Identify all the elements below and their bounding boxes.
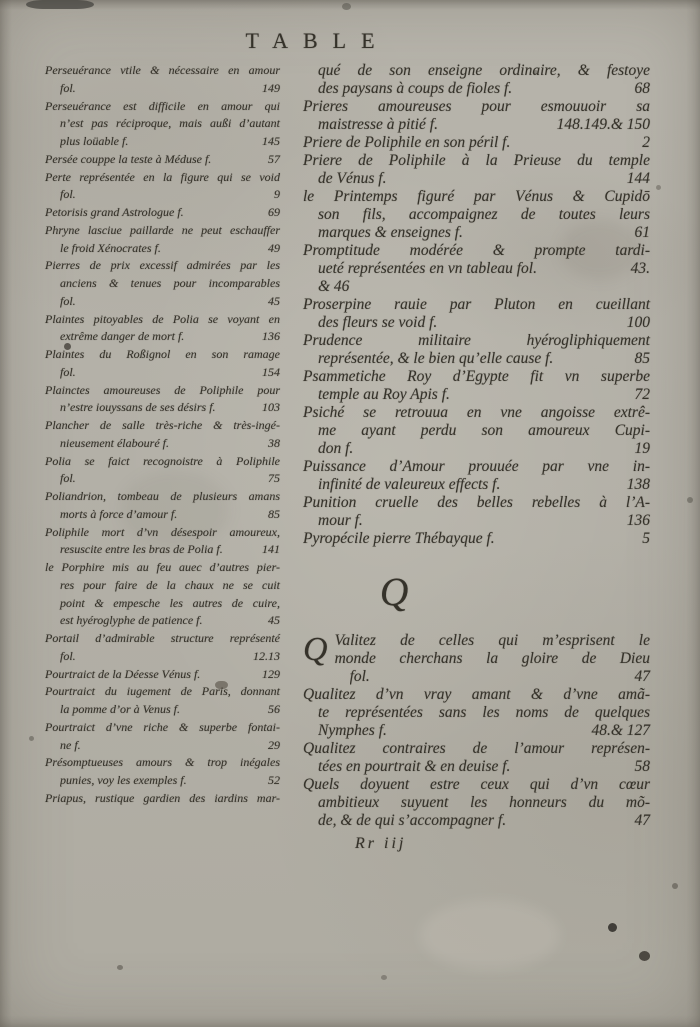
entry-text: mour f. [318,512,363,530]
toc-line: ne f.29 [45,737,280,755]
toc-line: Persée couppe la teste à Méduse f.57 [45,151,280,169]
entry-text: Priere de Poliphile à la Prieuse du temp… [303,152,650,169]
toc-line: Plancher de salle très-riche & très-ingé… [45,417,280,435]
entry-text: tées en pourtrait & en deuise f. [318,758,510,776]
entry-text: ne f. [60,737,81,755]
toc-line: Promptitude modérée & prompte tardi- [303,242,650,260]
toc-line: qué de son enseigne ordinaire, & festoye [303,62,650,80]
toc-line: Polia se faict recognoistre à Poliphile [45,453,280,471]
entry-text: qué de son enseigne ordinaire, & festoye [318,62,650,79]
entry-text: Portail d’admirable structure représenté [45,631,280,645]
toc-line: fol.12.13 [45,648,280,666]
entry-text: le froid Xénocrates f. [60,240,161,258]
toc-line: morts à force d’amour f.85 [45,506,280,524]
toc-section-q-entries: QValitez de celles qui m’esprisent lemon… [303,632,650,830]
toc-line: Pierres de prix excessif admirées par le… [45,257,280,275]
folio-number: 29 [262,737,280,755]
toc-entry: qué de son enseigne ordinaire, & festoye… [303,62,650,98]
entry-text: des paysans à coups de fioles f. [318,80,512,98]
entry-text: Proserpine rauie par Pluton en cueillant [303,296,650,313]
signature-mark: Rr iij [355,835,650,853]
entry-text: Prudence militaire hyérogliphiquement [303,332,650,349]
toc-line: de, & de qui s’accompagner f.47 [303,812,650,830]
ink-stain [342,3,351,10]
toc-line: punies, voy les exemples f.52 [45,772,280,790]
entry-text: temple au Roy Apis f. [318,386,450,404]
toc-line: Prieres amoureuses pour esmouuoir sa [303,98,650,116]
entry-text: Pyropécile pierre Thébayque f. [303,530,495,548]
entry-text: point & empesche les autres de cuire, [60,596,280,610]
entry-text: son fils, accompaignez de toutes leurs [318,206,650,223]
toc-entry: Pourtraict du iugement de Paris, donnant… [45,683,280,719]
toc-entry: Pourtraict de la Déesse Vénus f.129 [45,666,280,684]
toc-line: Psammetiche Roy d’Egypte fit vn superbe [303,368,650,386]
entry-text: Qualitez contraires de l’amour représen- [303,740,650,757]
toc-entry: Plaintes du Roßignol en son ramagefol.15… [45,346,280,382]
entry-text: res pour faire de la chaux ne se cuit [60,578,280,592]
entry-text: fol. [60,80,76,98]
folio-number: 138 [621,476,650,494]
toc-line: Nymphes f.48.& 127 [303,722,650,740]
toc-entry: le Porphire mis au feu auec d’autres pie… [45,559,280,630]
toc-line: Pyropécile pierre Thébayque f.5 [303,530,650,548]
ink-stain [117,965,123,970]
folio-number: 58 [629,758,651,776]
folio-number: 45 [262,293,280,311]
entry-text: Pourtraict du iugement de Paris, donnant [45,684,280,698]
folio-number: 144 [621,170,650,188]
entry-text: Perte représentée en la figure qui se vo… [45,170,280,184]
entry-text: Plaintes du Roßignol en son ramage [45,347,280,361]
toc-line: Puissance d’Amour prouuée par vne in- [303,458,650,476]
toc-entry: Pourtraict d’vne riche & superbe fontai-… [45,719,280,755]
toc-line: Priapus, rustique gardien des iardins ma… [45,790,280,808]
toc-entry: Psammetiche Roy d’Egypte fit vn superbet… [303,368,650,404]
entry-text: Polia se faict recognoistre à Poliphile [45,454,280,468]
entry-text: & 46 [318,278,349,295]
entry-text: fol. [60,470,76,488]
toc-line: marques & enseignes f.61 [303,224,650,242]
toc-entry: Qualitez d’vn vray amant & d’vne amã-te … [303,686,650,740]
toc-line: point & empesche les autres de cuire, [45,595,280,613]
toc-line: est hyéroglyphe de patience f.45 [45,612,280,630]
entry-text: me ayant perdu son amoureux Cupi- [318,422,650,439]
toc-entry: Pyropécile pierre Thébayque f.5 [303,530,650,548]
toc-line: resuscite entre les bras de Polia f.141 [45,541,280,559]
entry-text: des fleurs se void f. [318,314,437,332]
toc-line: Psiché se retrouua en vne angoisse extrê… [303,404,650,422]
toc-entry: Prieres amoureuses pour esmouuoir samais… [303,98,650,134]
entry-text: Psammetiche Roy d’Egypte fit vn superbe [303,368,650,385]
toc-line: Valitez de celles qui m’esprisent le [303,632,650,650]
toc-right-entries: qué de son enseigne ordinaire, & festoye… [303,62,650,548]
entry-text: de, & de qui s’accompagner f. [318,812,506,830]
folio-number: 47 [629,668,651,686]
entry-text: punies, voy les exemples f. [60,772,187,790]
toc-line: son fils, accompaignez de toutes leurs [303,206,650,224]
toc-column-right: qué de son enseigne ordinaire, & festoye… [303,62,650,853]
entry-text: anciens & tenues pour incomparables [60,276,280,290]
entry-text: Perseuérance vtile & nécessaire en amour [45,63,280,77]
entry-text: Perseuérance est difficile en amour qui [45,99,280,113]
toc-line: Présomptueuses amours & trop inégales [45,754,280,772]
toc-line: Quels doyuent estre ceux qui d’vn cœur [303,776,650,794]
folio-number: 85 [262,506,280,524]
entry-text: est hyéroglyphe de patience f. [60,612,203,630]
entry-text: le Porphire mis au feu auec d’autres pie… [45,560,280,574]
folio-number: 100 [621,314,650,332]
section-letter-q: Q [301,568,441,619]
entry-text: Phryne lasciue paillarde ne peut eschauf… [45,223,280,237]
folio-number: 75 [262,470,280,488]
folio-number: 38 [262,435,280,453]
toc-entry: Présomptueuses amours & trop inégalespun… [45,754,280,790]
entry-text: n’estre iouyssans de ses désirs f. [60,399,216,417]
toc-entry: le Printemps figuré par Vénus & Cupidōso… [303,188,650,242]
book-page: TABLE Perseuérance vtile & nécessaire en… [0,0,700,1027]
toc-line: des fleurs se void f.100 [303,314,650,332]
toc-line: représentée, & le bien qu’elle cause f.8… [303,350,650,368]
toc-line: Prudence militaire hyérogliphiquement [303,332,650,350]
toc-line: Plaintes pitoyables de Polia se voyant e… [45,311,280,329]
ink-stain [381,975,387,980]
folio-number: 69 [262,204,280,222]
ink-stain [687,497,693,503]
folio-number: 52 [262,772,280,790]
entry-text: Promptitude modérée & prompte tardi- [303,242,650,259]
folio-number: 43. [625,260,650,278]
folio-number: 103 [256,399,280,417]
toc-entry: Plancher de salle très-riche & très-ingé… [45,417,280,453]
toc-line: Plaintes du Roßignol en son ramage [45,346,280,364]
toc-line: le froid Xénocrates f.49 [45,240,280,258]
entry-text: Pourtraict de la Déesse Vénus f. [45,666,200,684]
folio-number: 47 [629,812,651,830]
toc-line: infinité de valeureux effects f.138 [303,476,650,494]
toc-line: temple au Roy Apis f.72 [303,386,650,404]
toc-line: ambitieux suyuent les honneurs du mõ- [303,794,650,812]
entry-text: Pierres de prix excessif admirées par le… [45,258,280,272]
toc-line: monde cherchans la gloire de Dieu [303,650,650,668]
folio-number: 129 [256,666,280,684]
toc-entry: Phryne lasciue paillarde ne peut eschauf… [45,222,280,258]
entry-text: fol. [350,668,370,686]
entry-text: n’est pas réciproque, mais außi d’autant [60,116,280,130]
toc-entry: Pierres de prix excessif admirées par le… [45,257,280,310]
toc-line: Pourtraict du iugement de Paris, donnant [45,683,280,701]
entry-text: maistresse à pitié f. [318,116,438,134]
entry-text: resuscite entre les bras de Polia f. [60,541,223,559]
toc-entry: Polia se faict recognoistre à Poliphilef… [45,453,280,489]
toc-entry: Puissance d’Amour prouuée par vne in-inf… [303,458,650,494]
entry-text: fol. [60,186,76,204]
toc-line: le Printemps figuré par Vénus & Cupidō [303,188,650,206]
paper-blotch [420,900,560,970]
toc-line: fol.75 [45,470,280,488]
folio-number: 49 [262,240,280,258]
folio-number: 2 [636,134,650,152]
folio-number: 12.13 [247,648,280,666]
toc-line: Qualitez d’vn vray amant & d’vne amã- [303,686,650,704]
toc-entry: Priere de Poliphile à la Prieuse du temp… [303,152,650,188]
entry-text: représentée, & le bien qu’elle cause f. [318,350,553,368]
entry-text: Nymphes f. [318,722,387,740]
entry-text: fol. [60,364,76,382]
toc-entry: Qualitez contraires de l’amour représen-… [303,740,650,776]
toc-line: Perte représentée en la figure qui se vo… [45,169,280,187]
entry-text: Poliphile mort d’vn désespoir amoureux, [45,525,280,539]
entry-text: morts à force d’amour f. [60,506,177,524]
toc-line: fol.9 [45,186,280,204]
toc-entry: Plainctes amoureuses de Poliphile pourn’… [45,382,280,418]
toc-entry: Quels doyuent estre ceux qui d’vn cœuram… [303,776,650,830]
entry-text: la pomme d’or à Venus f. [60,701,180,719]
folio-number: 57 [262,151,280,169]
entry-text: Psiché se retrouua en vne angoisse extrê… [303,404,650,421]
folio-number: 85 [629,350,651,368]
entry-text: nieusement élabouré f. [60,435,169,453]
folio-number: 148.149.& 150 [551,116,650,134]
toc-line: fol.47 [335,668,650,686]
ink-stain [608,923,617,932]
drop-cap-letter: Q [303,633,328,669]
toc-line: Proserpine rauie par Pluton en cueillant [303,296,650,314]
folio-number: 48.& 127 [585,722,650,740]
ink-stain [656,185,661,190]
toc-line: nieusement élabouré f.38 [45,435,280,453]
toc-entry: Poliandrion, tombeau de plusieurs amansm… [45,488,280,524]
toc-entry: Proserpine rauie par Pluton en cueillant… [303,296,650,332]
entry-text: fol. [60,293,76,311]
folio-number: 136 [621,512,650,530]
toc-entry: Portail d’admirable structure représenté… [45,630,280,666]
folio-number: 72 [629,386,651,404]
toc-line: maistresse à pitié f.148.149.& 150 [303,116,650,134]
entry-text: Puissance d’Amour prouuée par vne in- [303,458,650,475]
entry-text: Priere de Poliphile en son péril f. [303,134,510,152]
toc-entry: Perte représentée en la figure qui se vo… [45,169,280,205]
toc-line: mour f.136 [303,512,650,530]
toc-line: ueté représentées en vn tableau fol.43. [303,260,650,278]
folio-number: 9 [268,186,280,204]
toc-line: Petorisis grand Astrologue f.69 [45,204,280,222]
toc-line: fol.149 [45,80,280,98]
page-title: TABLE [0,28,620,54]
entry-text: Présomptueuses amours & trop inégales [45,755,280,769]
toc-line: Portail d’admirable structure représenté [45,630,280,648]
toc-entry: Priere de Poliphile en son péril f.2 [303,134,650,152]
toc-line: n’estre iouyssans de ses désirs f.103 [45,399,280,417]
toc-line: anciens & tenues pour incomparables [45,275,280,293]
entry-text: Plancher de salle très-riche & très-ingé… [45,418,280,432]
toc-line: don f.19 [303,440,650,458]
toc-line: me ayant perdu son amoureux Cupi- [303,422,650,440]
entry-text: Plainctes amoureuses de Poliphile pour [45,383,280,397]
toc-line: Priere de Poliphile à la Prieuse du temp… [303,152,650,170]
entry-text: fol. [60,648,76,666]
toc-entry: Prudence militaire hyérogliphiquementrep… [303,332,650,368]
toc-line: la pomme d’or à Venus f.56 [45,701,280,719]
entry-text: Quels doyuent estre ceux qui d’vn cœur [303,776,650,793]
folio-number: 45 [262,612,280,630]
folio-number: 145 [256,133,280,151]
toc-line: plus loüable f.145 [45,133,280,151]
toc-line: des paysans à coups de fioles f.68 [303,80,650,98]
entry-text: marques & enseignes f. [318,224,463,242]
toc-line: te représentées sans les noms de quelque… [303,704,650,722]
toc-line: Punition cruelle des belles rebelles à l… [303,494,650,512]
toc-line: le Porphire mis au feu auec d’autres pie… [45,559,280,577]
scan-edge-mark [26,0,94,9]
entry-text: Priapus, rustique gardien des iardins ma… [45,791,280,805]
toc-column-left: Perseuérance vtile & nécessaire en amour… [45,62,280,808]
toc-line: Priere de Poliphile en son péril f.2 [303,134,650,152]
folio-number: 56 [262,701,280,719]
folio-number: 141 [256,541,280,559]
toc-entry: Poliphile mort d’vn désespoir amoureux,r… [45,524,280,560]
entry-text: Pourtraict d’vne riche & superbe fontai- [45,720,280,734]
toc-line: Qualitez contraires de l’amour représen- [303,740,650,758]
ink-stain [29,736,34,741]
folio-number: 68 [629,80,651,98]
toc-entry: Perseuérance est difficile en amour quin… [45,98,280,151]
folio-number: 5 [636,530,650,548]
entry-text: te représentées sans les noms de quelque… [318,704,650,721]
folio-number: 61 [629,224,651,242]
entry-text: Prieres amoureuses pour esmouuoir sa [303,98,650,115]
entry-text: ueté représentées en vn tableau fol. [318,260,537,278]
entry-text: infinité de valeureux effects f. [318,476,500,494]
entry-text: Plaintes pitoyables de Polia se voyant e… [45,312,280,326]
toc-line: & 46 [303,278,650,296]
toc-line: Perseuérance est difficile en amour qui [45,98,280,116]
toc-entry: Petorisis grand Astrologue f.69 [45,204,280,222]
toc-entry: Persée couppe la teste à Méduse f.57 [45,151,280,169]
ink-stain [639,951,650,961]
entry-text: Persée couppe la teste à Méduse f. [45,151,211,169]
entry-text: extrême danger de mort f. [60,328,184,346]
ink-stain [672,883,678,889]
entry-text: Poliandrion, tombeau de plusieurs amans [45,489,280,503]
entry-text: Petorisis grand Astrologue f. [45,204,184,222]
toc-entry: Plaintes pitoyables de Polia se voyant e… [45,311,280,347]
toc-line: fol.45 [45,293,280,311]
toc-line: Phryne lasciue paillarde ne peut eschauf… [45,222,280,240]
entry-text: monde cherchans la gloire de Dieu [335,650,650,667]
entry-text: Punition cruelle des belles rebelles à l… [303,494,650,511]
toc-entry: QValitez de celles qui m’esprisent lemon… [303,632,650,686]
entry-text: Qualitez d’vn vray amant & d’vne amã- [303,686,650,703]
toc-line: tées en pourtrait & en deuise f.58 [303,758,650,776]
toc-line: Poliphile mort d’vn désespoir amoureux, [45,524,280,542]
folio-number: 19 [629,440,651,458]
entry-text: ambitieux suyuent les honneurs du mõ- [318,794,650,811]
toc-line: fol.154 [45,364,280,382]
entry-text: de Vénus f. [318,170,386,188]
toc-line: de Vénus f.144 [303,170,650,188]
toc-line: Perseuérance vtile & nécessaire en amour [45,62,280,80]
toc-entry: Promptitude modérée & prompte tardi-ueté… [303,242,650,296]
toc-entry: Perseuérance vtile & nécessaire en amour… [45,62,280,98]
entry-text: plus loüable f. [60,133,128,151]
entry-text: le Printemps figuré par Vénus & Cupidō [303,188,650,205]
toc-entry: Priapus, rustique gardien des iardins ma… [45,790,280,808]
entry-text: Valitez de celles qui m’esprisent le [335,632,650,649]
toc-line: res pour faire de la chaux ne se cuit [45,577,280,595]
folio-number: 154 [256,364,280,382]
toc-line: n’est pas réciproque, mais außi d’autant [45,115,280,133]
folio-number: 136 [256,328,280,346]
folio-number: 149 [256,80,280,98]
toc-line: Poliandrion, tombeau de plusieurs amans [45,488,280,506]
toc-line: Plainctes amoureuses de Poliphile pour [45,382,280,400]
toc-entry: Punition cruelle des belles rebelles à l… [303,494,650,530]
entry-text: don f. [318,440,353,458]
toc-line: Pourtraict d’vne riche & superbe fontai- [45,719,280,737]
toc-line: extrême danger de mort f.136 [45,328,280,346]
toc-line: Pourtraict de la Déesse Vénus f.129 [45,666,280,684]
toc-entry: Psiché se retrouua en vne angoisse extrê… [303,404,650,458]
